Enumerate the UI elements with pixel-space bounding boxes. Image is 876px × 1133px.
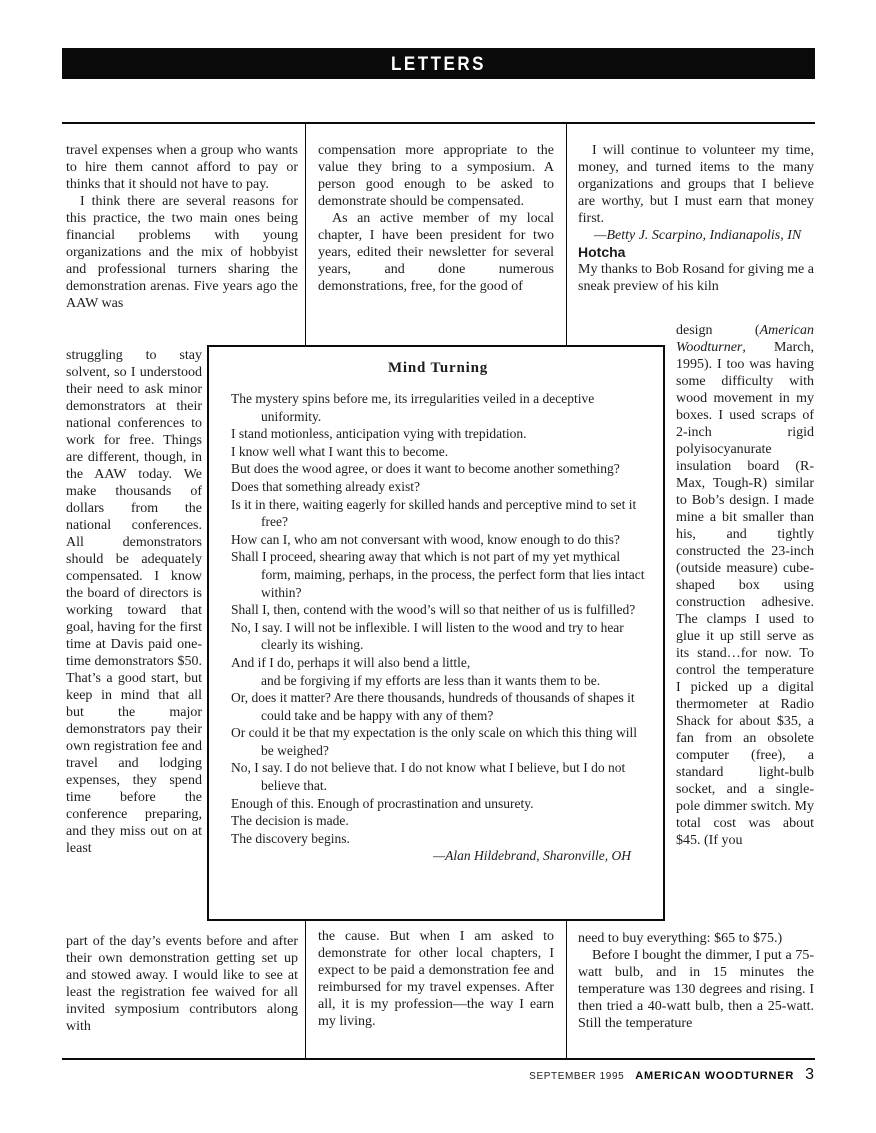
top-rule <box>62 122 815 124</box>
text-run: , March, 1995). I too was having some di… <box>676 340 814 848</box>
paragraph: need to buy everything: $65 to $75.) <box>578 930 814 947</box>
poem-line: I know well what I want this to become. <box>231 443 645 461</box>
column3-wrap-right: design (American Woodturner, March, 1995… <box>676 322 814 930</box>
letter-signature: —Betty J. Scarpino, Indianapolis, IN <box>578 227 814 244</box>
column3-top: I will continue to volunteer my time, mo… <box>578 142 814 322</box>
footer-magazine-name: AMERICAN WOODTURNER <box>635 1070 794 1082</box>
column1-top: travel expenses when a group who wants t… <box>66 142 298 345</box>
paragraph: design (American Woodturner, March, 1995… <box>676 322 814 849</box>
paragraph: compensation more appropriate to the val… <box>318 142 554 210</box>
paragraph: Before I bought the dimmer, I put a 75-w… <box>578 947 814 1032</box>
column1-bottom: part of the day’s events before and afte… <box>66 933 298 1051</box>
poem-line: The discovery begins. <box>231 830 645 848</box>
poem-line: Or could it be that my expectation is th… <box>231 724 645 759</box>
poem-line: The decision is made. <box>231 812 645 830</box>
paragraph: My thanks to Bob Rosand for giving me a … <box>578 261 814 295</box>
poem-box: Mind Turning The mystery spins before me… <box>207 345 665 921</box>
poem-line: I stand motionless, anticipation vying w… <box>231 425 645 443</box>
bottom-rule <box>62 1058 815 1060</box>
column2-top: compensation more appropriate to the val… <box>318 142 554 342</box>
page-title: LETTERS <box>391 52 486 75</box>
poem-line: No, I say. I do not believe that. I do n… <box>231 759 645 794</box>
paragraph: I think there are several reasons for th… <box>66 193 298 312</box>
column3-bottom: need to buy everything: $65 to $75.) Bef… <box>578 930 814 1052</box>
poem-line-continuation: and be forgiving if my efforts are less … <box>231 672 645 690</box>
poem-line: Is it in there, waiting eagerly for skil… <box>231 496 645 531</box>
poem-line: No, I say. I will not be inflexible. I w… <box>231 619 645 654</box>
footer-page-number: 3 <box>805 1066 814 1084</box>
letter-heading: Hotcha <box>578 244 814 261</box>
letters-header-bar: LETTERS <box>62 48 815 79</box>
column1-wrap-left: struggling to stay solvent, so I underst… <box>66 347 202 933</box>
poem-line: Or, does it matter? Are there thousands,… <box>231 689 645 724</box>
poem-line: Shall I, then, contend with the wood’s w… <box>231 601 645 619</box>
text-run: design ( <box>676 323 760 338</box>
page-footer: SEPTEMBER 1995 AMERICAN WOODTURNER 3 <box>529 1066 814 1084</box>
poem-line: Enough of this. Enough of procrastinatio… <box>231 795 645 813</box>
poem-title: Mind Turning <box>231 360 645 377</box>
magazine-page: LETTERS travel expenses when a group who… <box>0 0 876 1133</box>
poem-line: But does the wood agree, or does it want… <box>231 460 645 478</box>
poem-line: The mystery spins before me, its irregul… <box>231 390 645 425</box>
column2-bottom: the cause. But when I am asked to demons… <box>318 928 554 1050</box>
paragraph: As an active member of my local chapter,… <box>318 210 554 295</box>
poem-lines: The mystery spins before me, its irregul… <box>231 390 645 847</box>
poem-line: How can I, who am not conversant with wo… <box>231 531 645 549</box>
footer-issue-date: SEPTEMBER 1995 <box>529 1071 624 1082</box>
paragraph: struggling to stay solvent, so I underst… <box>66 347 202 857</box>
paragraph: I will continue to volunteer my time, mo… <box>578 142 814 227</box>
poem-line: Does that something already exist? <box>231 478 645 496</box>
paragraph: the cause. But when I am asked to demons… <box>318 928 554 1030</box>
paragraph: part of the day’s events before and afte… <box>66 933 298 1035</box>
poem-line: And if I do, perhaps it will also bend a… <box>231 654 645 672</box>
paragraph: travel expenses when a group who wants t… <box>66 142 298 193</box>
poem-attribution: —Alan Hildebrand, Sharonville, OH <box>231 848 631 864</box>
poem-line: Shall I proceed, shearing away that whic… <box>231 548 645 601</box>
